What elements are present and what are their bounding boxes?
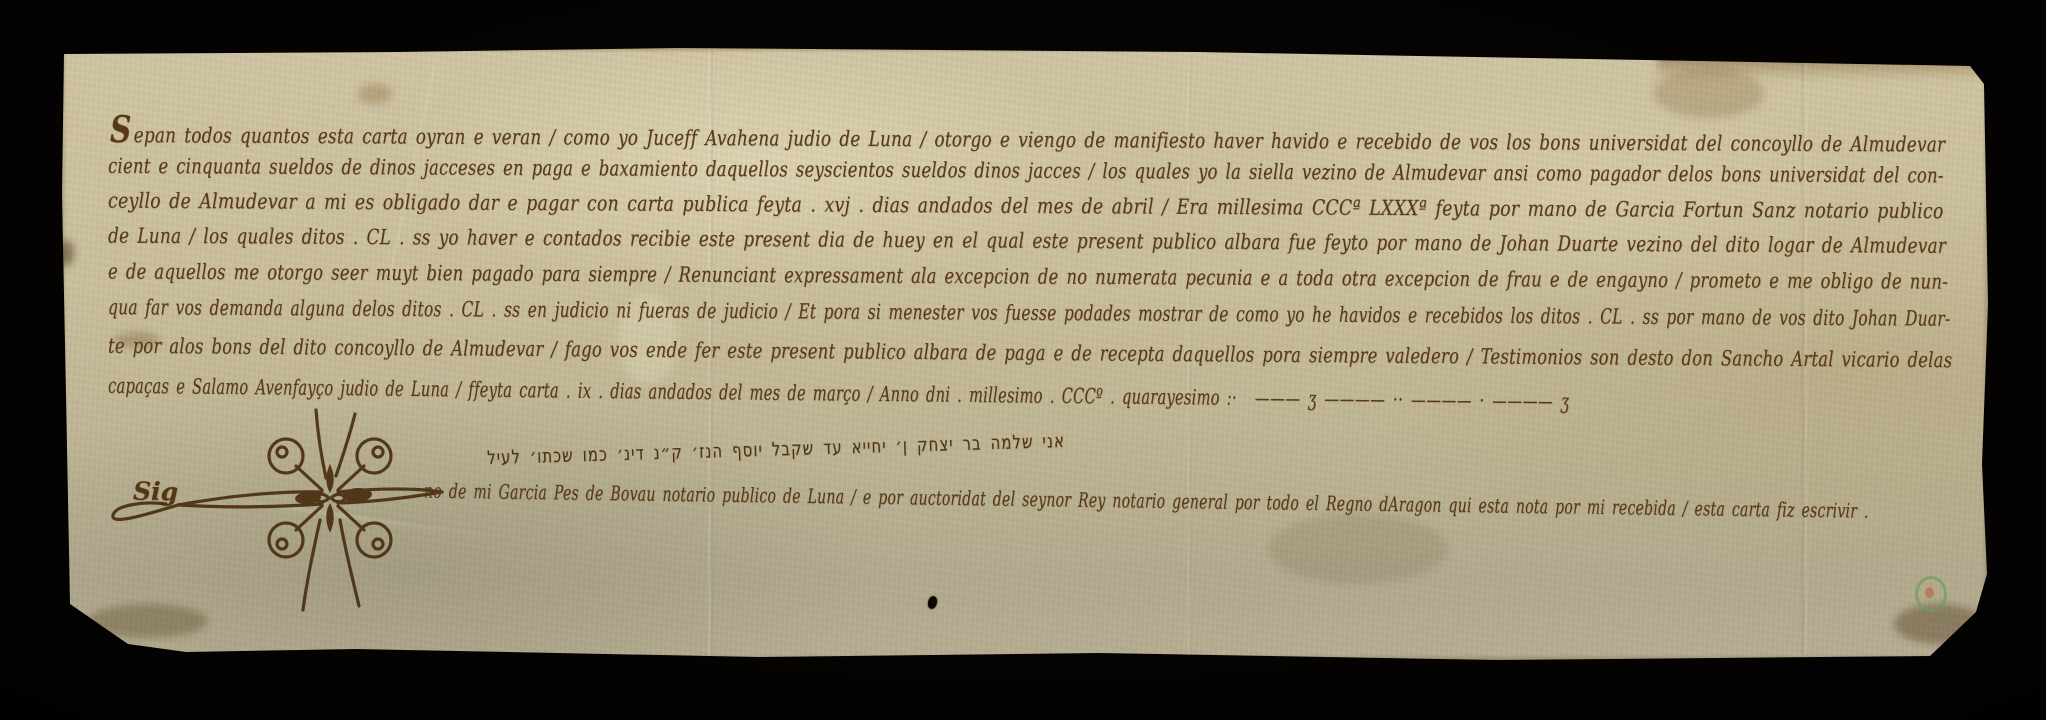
archive-stamp-center [1925, 587, 1934, 598]
parchment-top-right-shading [1658, 54, 1994, 80]
stain [358, 84, 392, 104]
parchment: Sepan todos quantos esta carta oyran e v… [58, 44, 1994, 666]
hebrew-witness-line: אני שלמה בר יצחק ן׳ יחייא עד שקבל יוסף ה… [487, 419, 1235, 475]
notary-subscription-line: no de mi Garcia Pes de Bovau notario pub… [424, 474, 2046, 537]
hebrew-witness-text: אני שלמה בר יצחק ן׳ יחייא עד שקבל יוסף ה… [487, 424, 1066, 475]
parchment-bottom-edge [58, 654, 1994, 666]
notarial-signum-icon [108, 408, 468, 618]
archive-stamp-icon [1915, 576, 1947, 612]
line-filler-dashes: ——— ʒ ———— ·· ———— · ———— ʒ [1255, 386, 1570, 413]
parchment-top-edge [58, 44, 1994, 53]
stain [1894, 604, 1984, 644]
parchment-left-edge [58, 44, 67, 666]
photo-background: Sepan todos quantos esta carta oyran e v… [0, 0, 2046, 720]
parchment-hole-icon [927, 595, 939, 610]
stain [1268, 514, 1448, 584]
notary-subscription-text: no de mi Garcia Pes de Bovau notario pub… [424, 474, 1869, 528]
charter-line-7-text: te por alos bons del dito concoyllo de A… [108, 329, 1953, 377]
charter-line-8-words: capaças e Salamo Avenfayço judio de Luna… [108, 374, 1237, 410]
